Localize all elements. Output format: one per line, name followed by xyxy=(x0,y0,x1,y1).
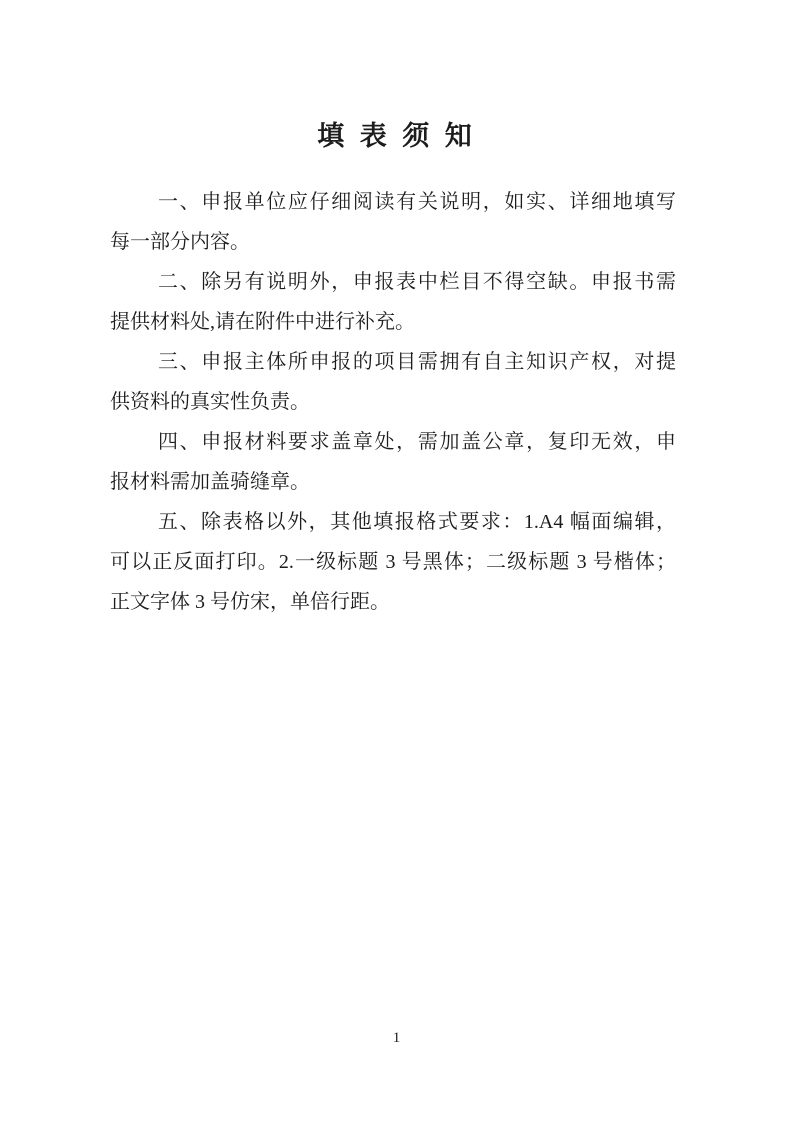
text-line: 一、申报单位应仔细阅读有关说明，如实、详细地填写 xyxy=(110,182,676,222)
text-line: 二、除另有说明外，申报表中栏目不得空缺。申报书需 xyxy=(110,262,676,302)
text-line: 每一部分内容。 xyxy=(110,222,676,262)
paragraph: 五、除表格以外，其他填报格式要求：1.A4 幅面编辑，可以正反面打印。2.一级标… xyxy=(110,502,676,622)
text-line: 可以正反面打印。2.一级标题 3 号黑体；二级标题 3 号楷体； xyxy=(110,542,676,582)
text-line: 提供材料处,请在附件中进行补充。 xyxy=(110,302,676,342)
paragraph: 四、申报材料要求盖章处，需加盖公章，复印无效，申报材料需加盖骑缝章。 xyxy=(110,422,676,502)
paragraph: 一、申报单位应仔细阅读有关说明，如实、详细地填写每一部分内容。 xyxy=(110,182,676,262)
text-line: 正文字体 3 号仿宋，单倍行距。 xyxy=(110,582,676,622)
text-line: 报材料需加盖骑缝章。 xyxy=(110,462,676,502)
text-line: 三、申报主体所申报的项目需拥有自主知识产权，对提 xyxy=(110,342,676,382)
document-body: 一、申报单位应仔细阅读有关说明，如实、详细地填写每一部分内容。二、除另有说明外，… xyxy=(110,182,676,622)
page-footer: 1 xyxy=(0,1030,793,1047)
text-line: 五、除表格以外，其他填报格式要求：1.A4 幅面编辑， xyxy=(110,502,676,542)
paragraph: 三、申报主体所申报的项目需拥有自主知识产权，对提供资料的真实性负责。 xyxy=(110,342,676,422)
page-number: 1 xyxy=(393,1030,401,1046)
page-title: 填 表 须 知 xyxy=(0,114,793,153)
document-page: 填 表 须 知 一、申报单位应仔细阅读有关说明，如实、详细地填写每一部分内容。二… xyxy=(0,0,793,1122)
paragraph: 二、除另有说明外，申报表中栏目不得空缺。申报书需提供材料处,请在附件中进行补充。 xyxy=(110,262,676,342)
text-line: 供资料的真实性负责。 xyxy=(110,382,676,422)
text-line: 四、申报材料要求盖章处，需加盖公章，复印无效，申 xyxy=(110,422,676,462)
